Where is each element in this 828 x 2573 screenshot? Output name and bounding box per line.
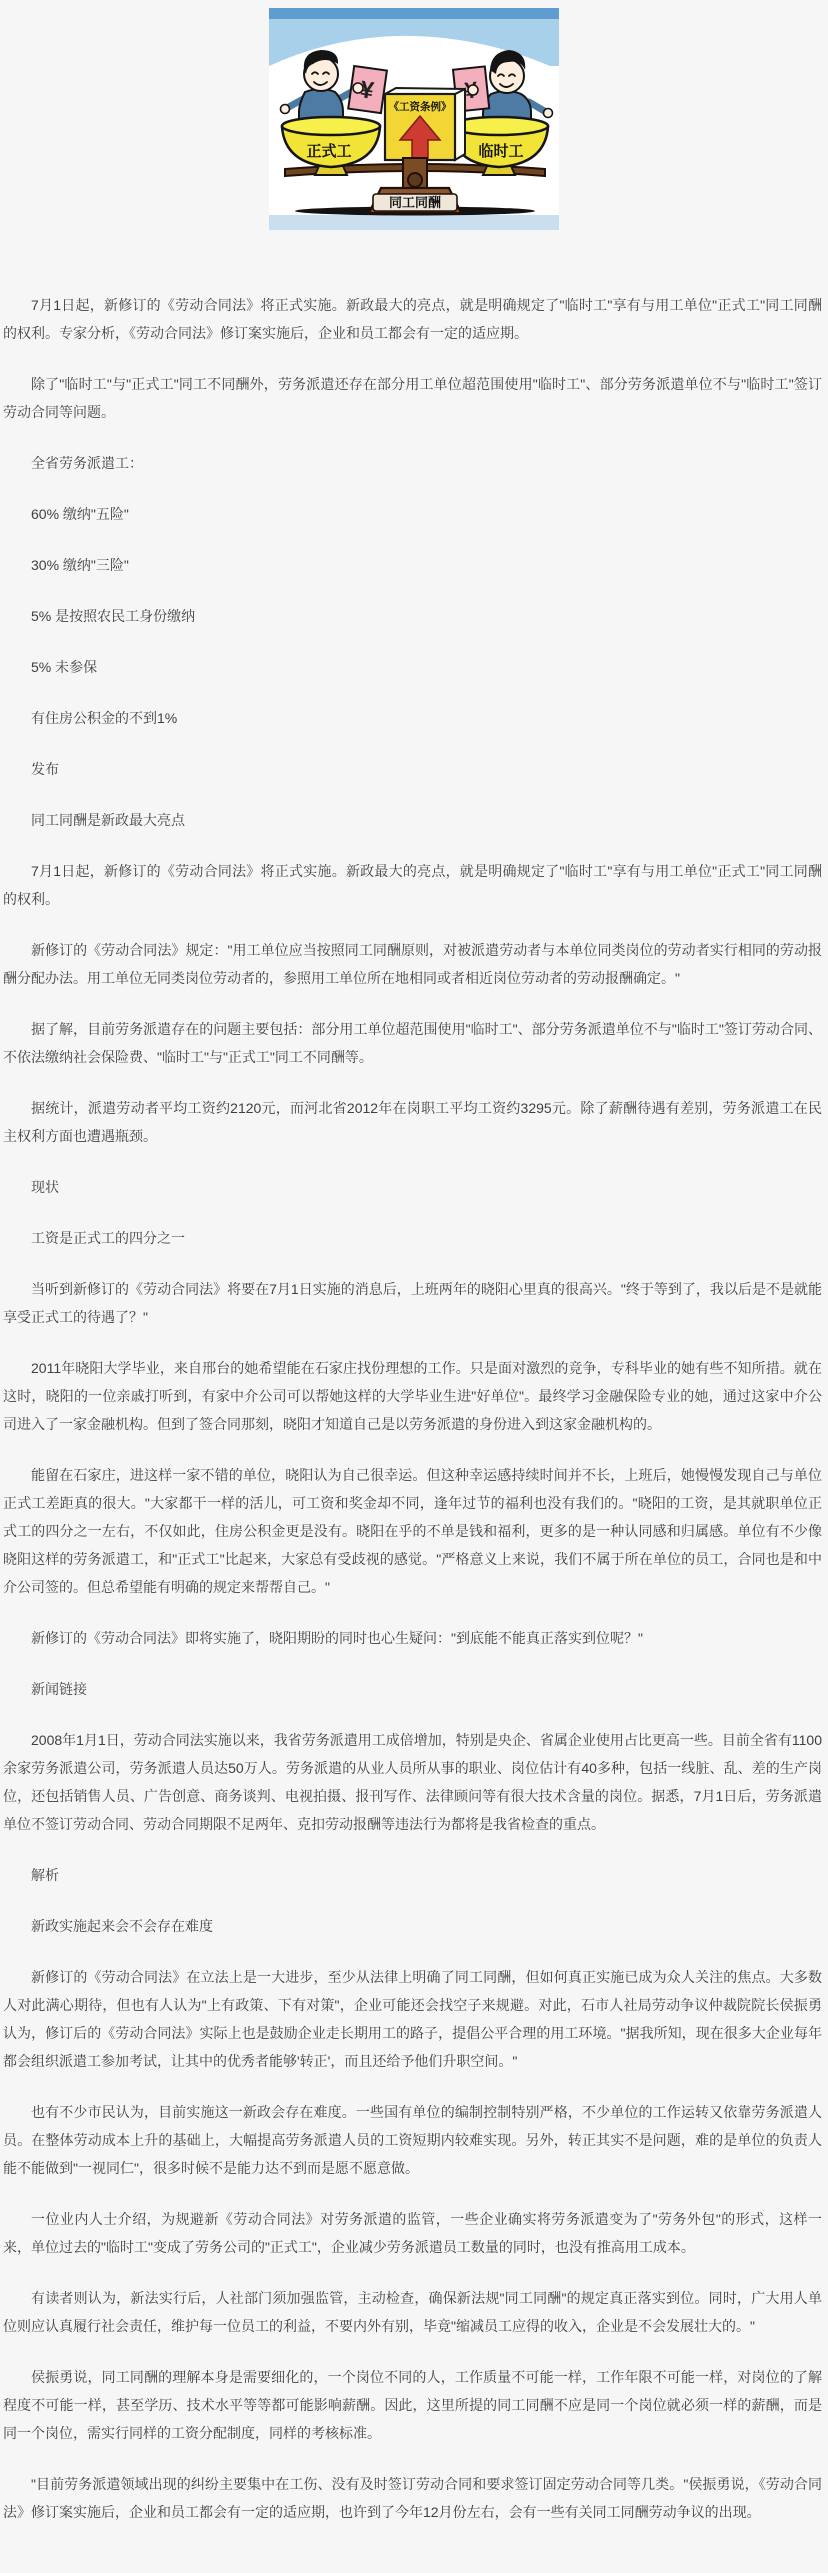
stat-line-title: 全省劳务派遣工： xyxy=(3,449,822,477)
bottom-strip xyxy=(269,215,559,230)
stat-line: 30% 缴纳"三险" xyxy=(3,551,822,579)
section-label-release: 发布 xyxy=(3,755,822,783)
article-paragraph: 有读者则认为，新法实行后，人社部门须加强监管，主动检查，确保新法规"同工同酬"的… xyxy=(3,2284,822,2340)
left-pan-label: 正式工 xyxy=(306,143,351,160)
stat-line: 5% 未参保 xyxy=(3,653,822,681)
equal-pay-cartoon: ¥ ¥ xyxy=(269,0,559,230)
section-heading: 工资是正式工的四分之一 xyxy=(3,1224,822,1252)
section-label-status: 现状 xyxy=(3,1173,822,1201)
wage-regulation-book: 《工资条例》 xyxy=(385,88,465,160)
stat-line: 5% 是按照农民工身份缴纳 xyxy=(3,602,822,630)
article-paragraph: 2008年1月1日，劳动合同法实施以来，我省劳务派遣用工成倍增加，特别是央企、省… xyxy=(3,1726,822,1838)
article-body: 7月1日起，新修订的《劳动合同法》将正式实施。新政最大的亮点，就是明确规定了"临… xyxy=(0,230,828,2573)
article-paragraph: 一位业内人士介绍，为规避新《劳动合同法》对劳务派遣的监管，一些企业确实将劳务派遣… xyxy=(3,2205,822,2261)
article-paragraph: 新修订的《劳动合同法》规定："用工单位应当按照同工同酬原则，对被派遣劳动者与本单… xyxy=(3,936,822,992)
article-paragraph: 当听到新修订的《劳动合同法》将要在7月1日实施的消息后，上班两年的晓阳心里真的很… xyxy=(3,1275,822,1331)
article-paragraph: 能留在石家庄，进这样一家不错的单位，晓阳认为自己很幸运。但这种幸运感持续时间并不… xyxy=(3,1461,822,1601)
section-label-analysis: 解析 xyxy=(3,1861,822,1889)
article-paragraph: 据了解，目前劳务派遣存在的问题主要包括：部分用工单位超范围使用"临时工"、部分劳… xyxy=(3,1015,822,1071)
article-paragraph-intro: 7月1日起，新修订的《劳动合同法》将正式实施。新政最大的亮点，就是明确规定了"临… xyxy=(3,291,822,347)
article-page: ¥ ¥ xyxy=(0,0,828,2573)
article-paragraph: 新修订的《劳动合同法》在立法上是一大进步，至少从法律上明确了同工同酬，但如何真正… xyxy=(3,1963,822,2075)
base-plaque-label: 同工同酬 xyxy=(389,195,441,210)
article-paragraph: 据统计，派遣劳动者平均工资约2120元，而河北省2012年在岗职工平均工资约32… xyxy=(3,1094,822,1150)
section-heading: 同工同酬是新政最大亮点 xyxy=(3,806,822,834)
stat-line: 有住房公积金的不到1% xyxy=(3,704,822,732)
article-paragraph: "目前劳务派遣领域出现的纠纷主要集中在工伤、没有及时签订劳动合同和要求签订固定劳… xyxy=(3,2470,822,2526)
book-title-label: 《工资条例》 xyxy=(389,100,452,113)
sky-top-strip xyxy=(269,8,559,19)
article-paragraph: 新修订的《劳动合同法》即将实施了，晓阳期盼的同时也心生疑问："到底能不能真正落实… xyxy=(3,1624,822,1652)
article-paragraph: 7月1日起，新修订的《劳动合同法》将正式实施。新政最大的亮点，就是明确规定了"临… xyxy=(3,857,822,913)
article-paragraph: 也有不少市民认为，目前实施这一新政会存在难度。一些国有单位的编制控制特别严格，不… xyxy=(3,2098,822,2182)
section-label-news-link: 新闻链接 xyxy=(3,1675,822,1703)
right-pan-label: 临时工 xyxy=(478,142,523,160)
article-paragraph: 侯振勇说，同工同酬的理解本身是需要细化的，一个岗位不同的人，工作质量不可能一样，… xyxy=(3,2363,822,2447)
balance-scale-cartoon: ¥ ¥ xyxy=(269,8,559,230)
section-heading: 新政实施起来会不会存在难度 xyxy=(3,1912,822,1940)
article-paragraph: 除了"临时工"与"正式工"同工不同酬外，劳务派遣还存在部分用工单位超范围使用"临… xyxy=(3,370,822,426)
article-paragraph: 2011年晓阳大学毕业，来自邢台的她希望能在石家庄找份理想的工作。只是面对激烈的… xyxy=(3,1354,822,1438)
stat-line: 60% 缴纳"五险" xyxy=(3,500,822,528)
